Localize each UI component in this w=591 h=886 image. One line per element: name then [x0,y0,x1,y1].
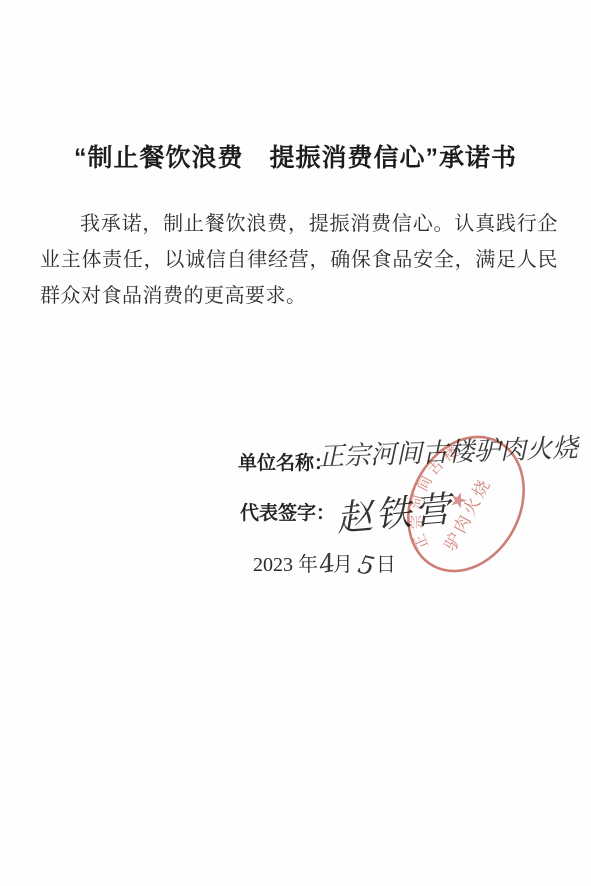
seal-inner-diagonal-text: 驴肉火烧 [441,474,495,554]
scanned-pledge-document: “制止餐饮浪费 提振消费信心”承诺书 我承诺，制止餐饮浪费，提振消费信心。认真践… [0,0,591,886]
date-day-suffix: 日 [376,554,396,576]
red-oval-company-seal: 正宗河间古楼 ★ 驴肉火烧 [398,428,538,578]
document-title: “制止餐饮浪费 提振消费信心”承诺书 [0,138,591,174]
date-line: 2023 年4月5日 [253,548,396,577]
date-year-printed: 2023 年 [253,554,318,576]
date-day-handwritten: 5 [355,550,377,582]
representative-signature-label: 代表签字： [240,498,335,525]
date-month-handwritten: 4 [317,548,338,579]
pledge-body-paragraph: 我承诺，制止餐饮浪费，提振消费信心。认真践行企业主体责任，以诚信自律经营，确保食… [40,206,558,314]
